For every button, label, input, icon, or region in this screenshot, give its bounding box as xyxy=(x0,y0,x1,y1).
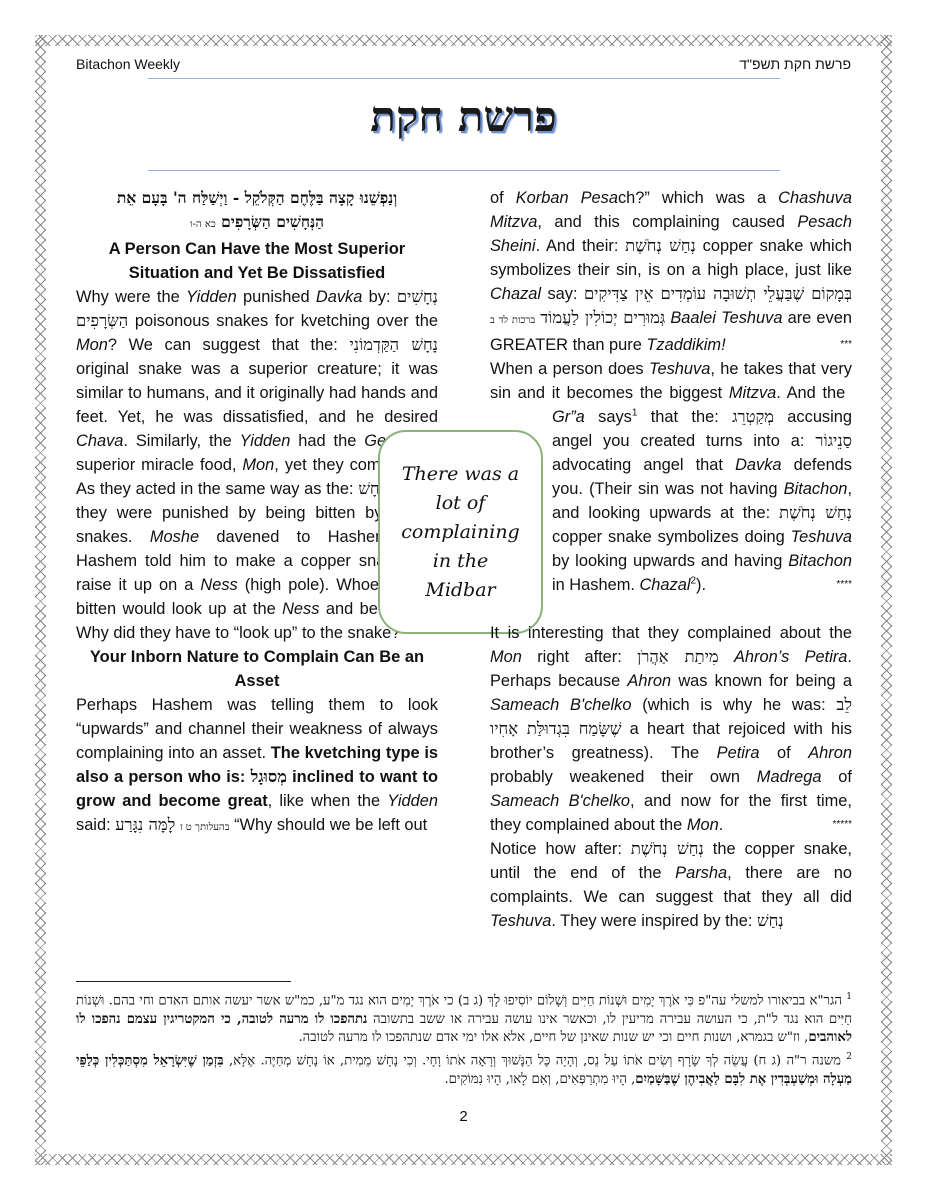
paragraph: Perhaps Hashem was telling them to look … xyxy=(76,693,438,840)
border-right xyxy=(881,35,892,1165)
callout-wrap-spacer xyxy=(490,405,552,621)
paragraph: When a person does Teshuva, he takes tha… xyxy=(490,357,852,597)
title-rule xyxy=(148,170,780,171)
section-stars: **** xyxy=(836,573,852,597)
verse-source: כא ה-ו xyxy=(190,219,216,230)
paragraph: of Korban Pesach?” which was a Chashuva … xyxy=(490,186,852,357)
footnote-separator xyxy=(76,981,291,982)
border-bottom xyxy=(35,1154,892,1165)
section-heading: A Person Can Have the Most Superior Situ… xyxy=(76,237,438,285)
section-stars: *** xyxy=(840,333,852,357)
page-title: פרשת חקת xyxy=(0,92,927,142)
footnote-2: 2 משנה ר"ה (ג ח) עֲשֵׂה לְךָ שָׂרָף וְשִ… xyxy=(76,1048,852,1089)
header-rule xyxy=(148,78,780,79)
section-stars: ***** xyxy=(833,813,852,837)
footnote-1: 1 הגר"א בביאורו למשלי עה"פ כִּי אֹרֶךְ י… xyxy=(76,988,852,1048)
parsha-date: פרשת חקת תשפ"ד xyxy=(739,56,851,72)
border-top xyxy=(35,35,892,46)
paragraph: Notice how after: נְחַשׁ נְחֹשֶׁת the co… xyxy=(490,837,852,933)
page-number: 2 xyxy=(0,1108,927,1125)
verse-quote: וְנַפְשֵׁנוּ קָצָה בַּלֶּחֶם הַקְּלֹקֵל … xyxy=(76,186,438,237)
paragraph: It is interesting that they complained a… xyxy=(490,621,852,837)
right-column: of Korban Pesach?” which was a Chashuva … xyxy=(490,186,852,933)
border-left xyxy=(35,35,46,1165)
publication-name: Bitachon Weekly xyxy=(76,56,180,72)
footnotes: 1 הגר"א בביאורו למשלי עה"פ כִּי אֹרֶךְ י… xyxy=(76,988,852,1089)
running-header: Bitachon Weekly פרשת חקת תשפ"ד xyxy=(76,56,851,76)
section-heading: Your Inborn Nature to Complain Can Be an… xyxy=(76,645,438,693)
